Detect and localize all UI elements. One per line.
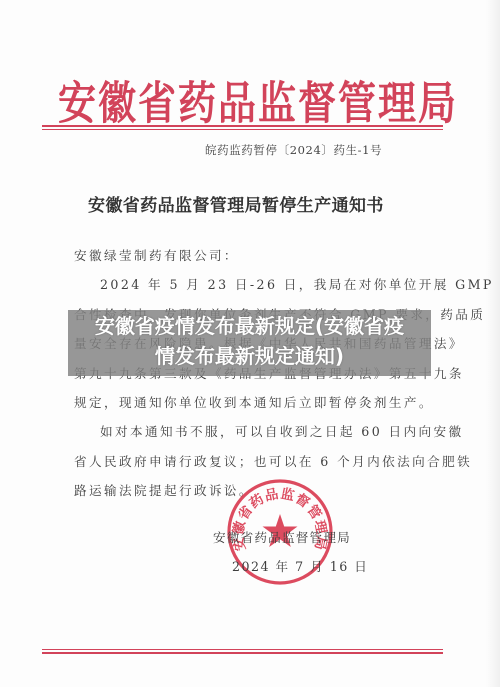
caption-line-1: 安徽省疫情发布最新规定(安徽省疫 [68,311,431,341]
signatory-agency: 安徽省药品监督管理局 [213,527,351,546]
caption-line-2: 情发布最新规定通知) [68,341,431,371]
paragraph-line: 如对本通知书不服，可以自收到之日起 60 日内向安徽 [74,417,434,447]
document-page: 安徽省药品监督管理局 皖药监药暂停〔2024〕药生-1号 安徽省药品监督管理局暂… [0,0,500,687]
paragraph-line: 省人民政府申请行政复议；也可以在 6 个月内依法向合肥铁 [74,447,434,477]
letterhead-red-rule [42,125,443,131]
recipient-block: 安徽绿莹制药有限公司： [74,241,434,271]
footer-red-rule [42,649,443,655]
red-rule-thick [42,652,443,654]
caption-overlay: 安徽省疫情发布最新规定(安徽省疫 情发布最新规定通知) [68,311,431,371]
paragraph-line: 规定，现通知你单位收到本通知后立即暂停灸剂生产。 [74,388,434,418]
document-number: 皖药监药暂停〔2024〕药生-1号 [205,142,382,158]
paragraph-line: 2024 年 5 月 23 日-26 日，我局在对你单位开展 GMP 符 [74,270,434,300]
recipient: 安徽绿莹制药有限公司： [74,241,434,271]
notice-title: 安徽省药品监督管理局暂停生产通知书 [88,191,384,216]
page-edge-shadow [486,0,500,687]
red-rule-thin [42,649,443,650]
agency-letterhead: 安徽省药品监督管理局 [58,76,430,130]
red-rule-thin [42,129,443,130]
issue-date: 2024 年 7 月 16 日 [232,556,368,575]
red-rule-thick [42,125,443,127]
